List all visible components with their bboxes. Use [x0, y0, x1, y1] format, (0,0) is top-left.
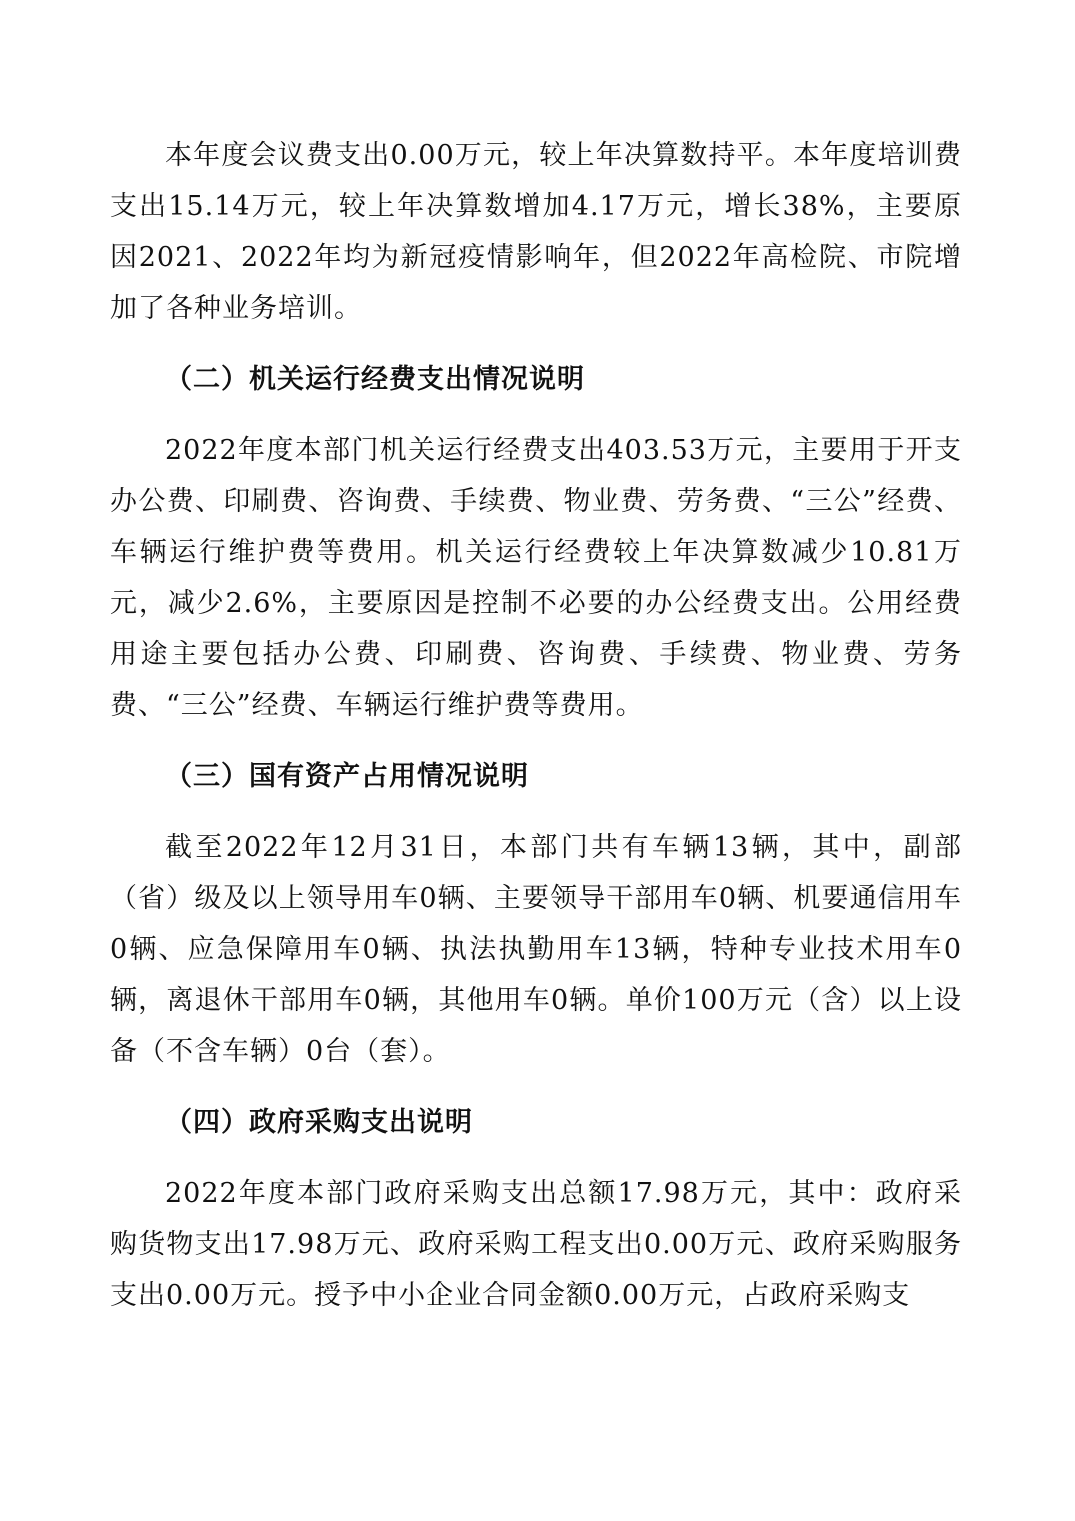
paragraph-operating-expenses: 2022年度本部门机关运行经费支出403.53万元，主要用于开支办公费、印刷费、… [110, 425, 962, 731]
paragraph-state-assets: 截至2022年12月31日，本部门共有车辆13辆，其中，副部（省）级及以上领导用… [110, 822, 962, 1077]
paragraph-government-procurement: 2022年度本部门政府采购支出总额17.98万元，其中：政府采购货物支出17.9… [110, 1168, 962, 1321]
section-heading-government-procurement: （四）政府采购支出说明 [110, 1097, 962, 1148]
section-heading-state-assets: （三）国有资产占用情况说明 [110, 751, 962, 802]
document-page: 本年度会议费支出0.00万元，较上年决算数持平。本年度培训费支出15.14万元，… [110, 130, 962, 1321]
section-heading-operating-expenses: （二）机关运行经费支出情况说明 [110, 354, 962, 405]
paragraph-training-meeting-fees: 本年度会议费支出0.00万元，较上年决算数持平。本年度培训费支出15.14万元，… [110, 130, 962, 334]
